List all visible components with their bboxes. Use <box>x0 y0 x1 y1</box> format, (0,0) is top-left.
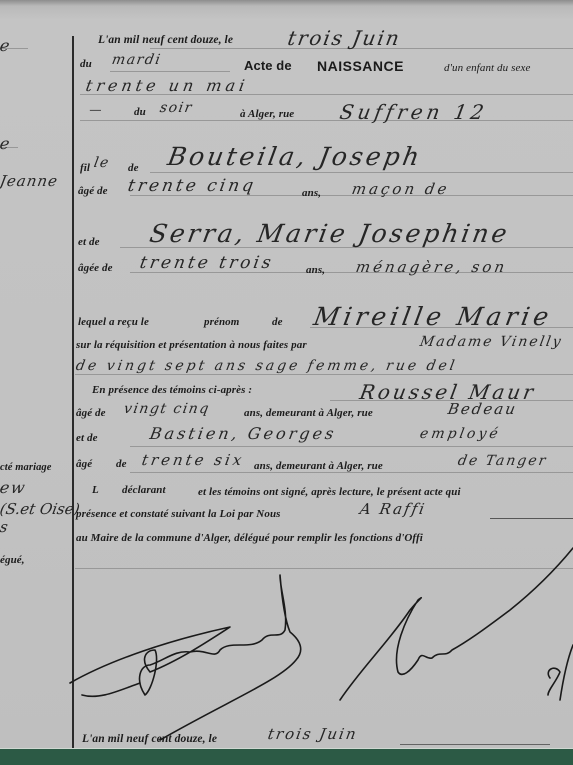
margin-note-3: Jeanne <box>0 172 60 190</box>
viewer-bottom-bar <box>0 748 573 765</box>
margin-mention-hand-2: (S.et Oise) <box>0 500 81 518</box>
next-entry-header: L'an mil neuf cent douze, le <box>82 733 217 745</box>
signature-right <box>560 645 573 700</box>
signature-left <box>70 575 301 740</box>
margin-mention-hand-1: ew <box>0 478 28 497</box>
margin-mention-printed-2: égué, <box>0 554 25 566</box>
signature-middle <box>340 548 573 700</box>
next-entry-date-handwritten: trois Juin <box>266 725 359 743</box>
scanned-register-page: L'an mil neuf cent douze, le trois Juin … <box>0 0 573 748</box>
signatures-svg <box>0 0 573 748</box>
ruled-line <box>400 744 550 745</box>
margin-mention-printed: cté mariage <box>0 462 52 473</box>
